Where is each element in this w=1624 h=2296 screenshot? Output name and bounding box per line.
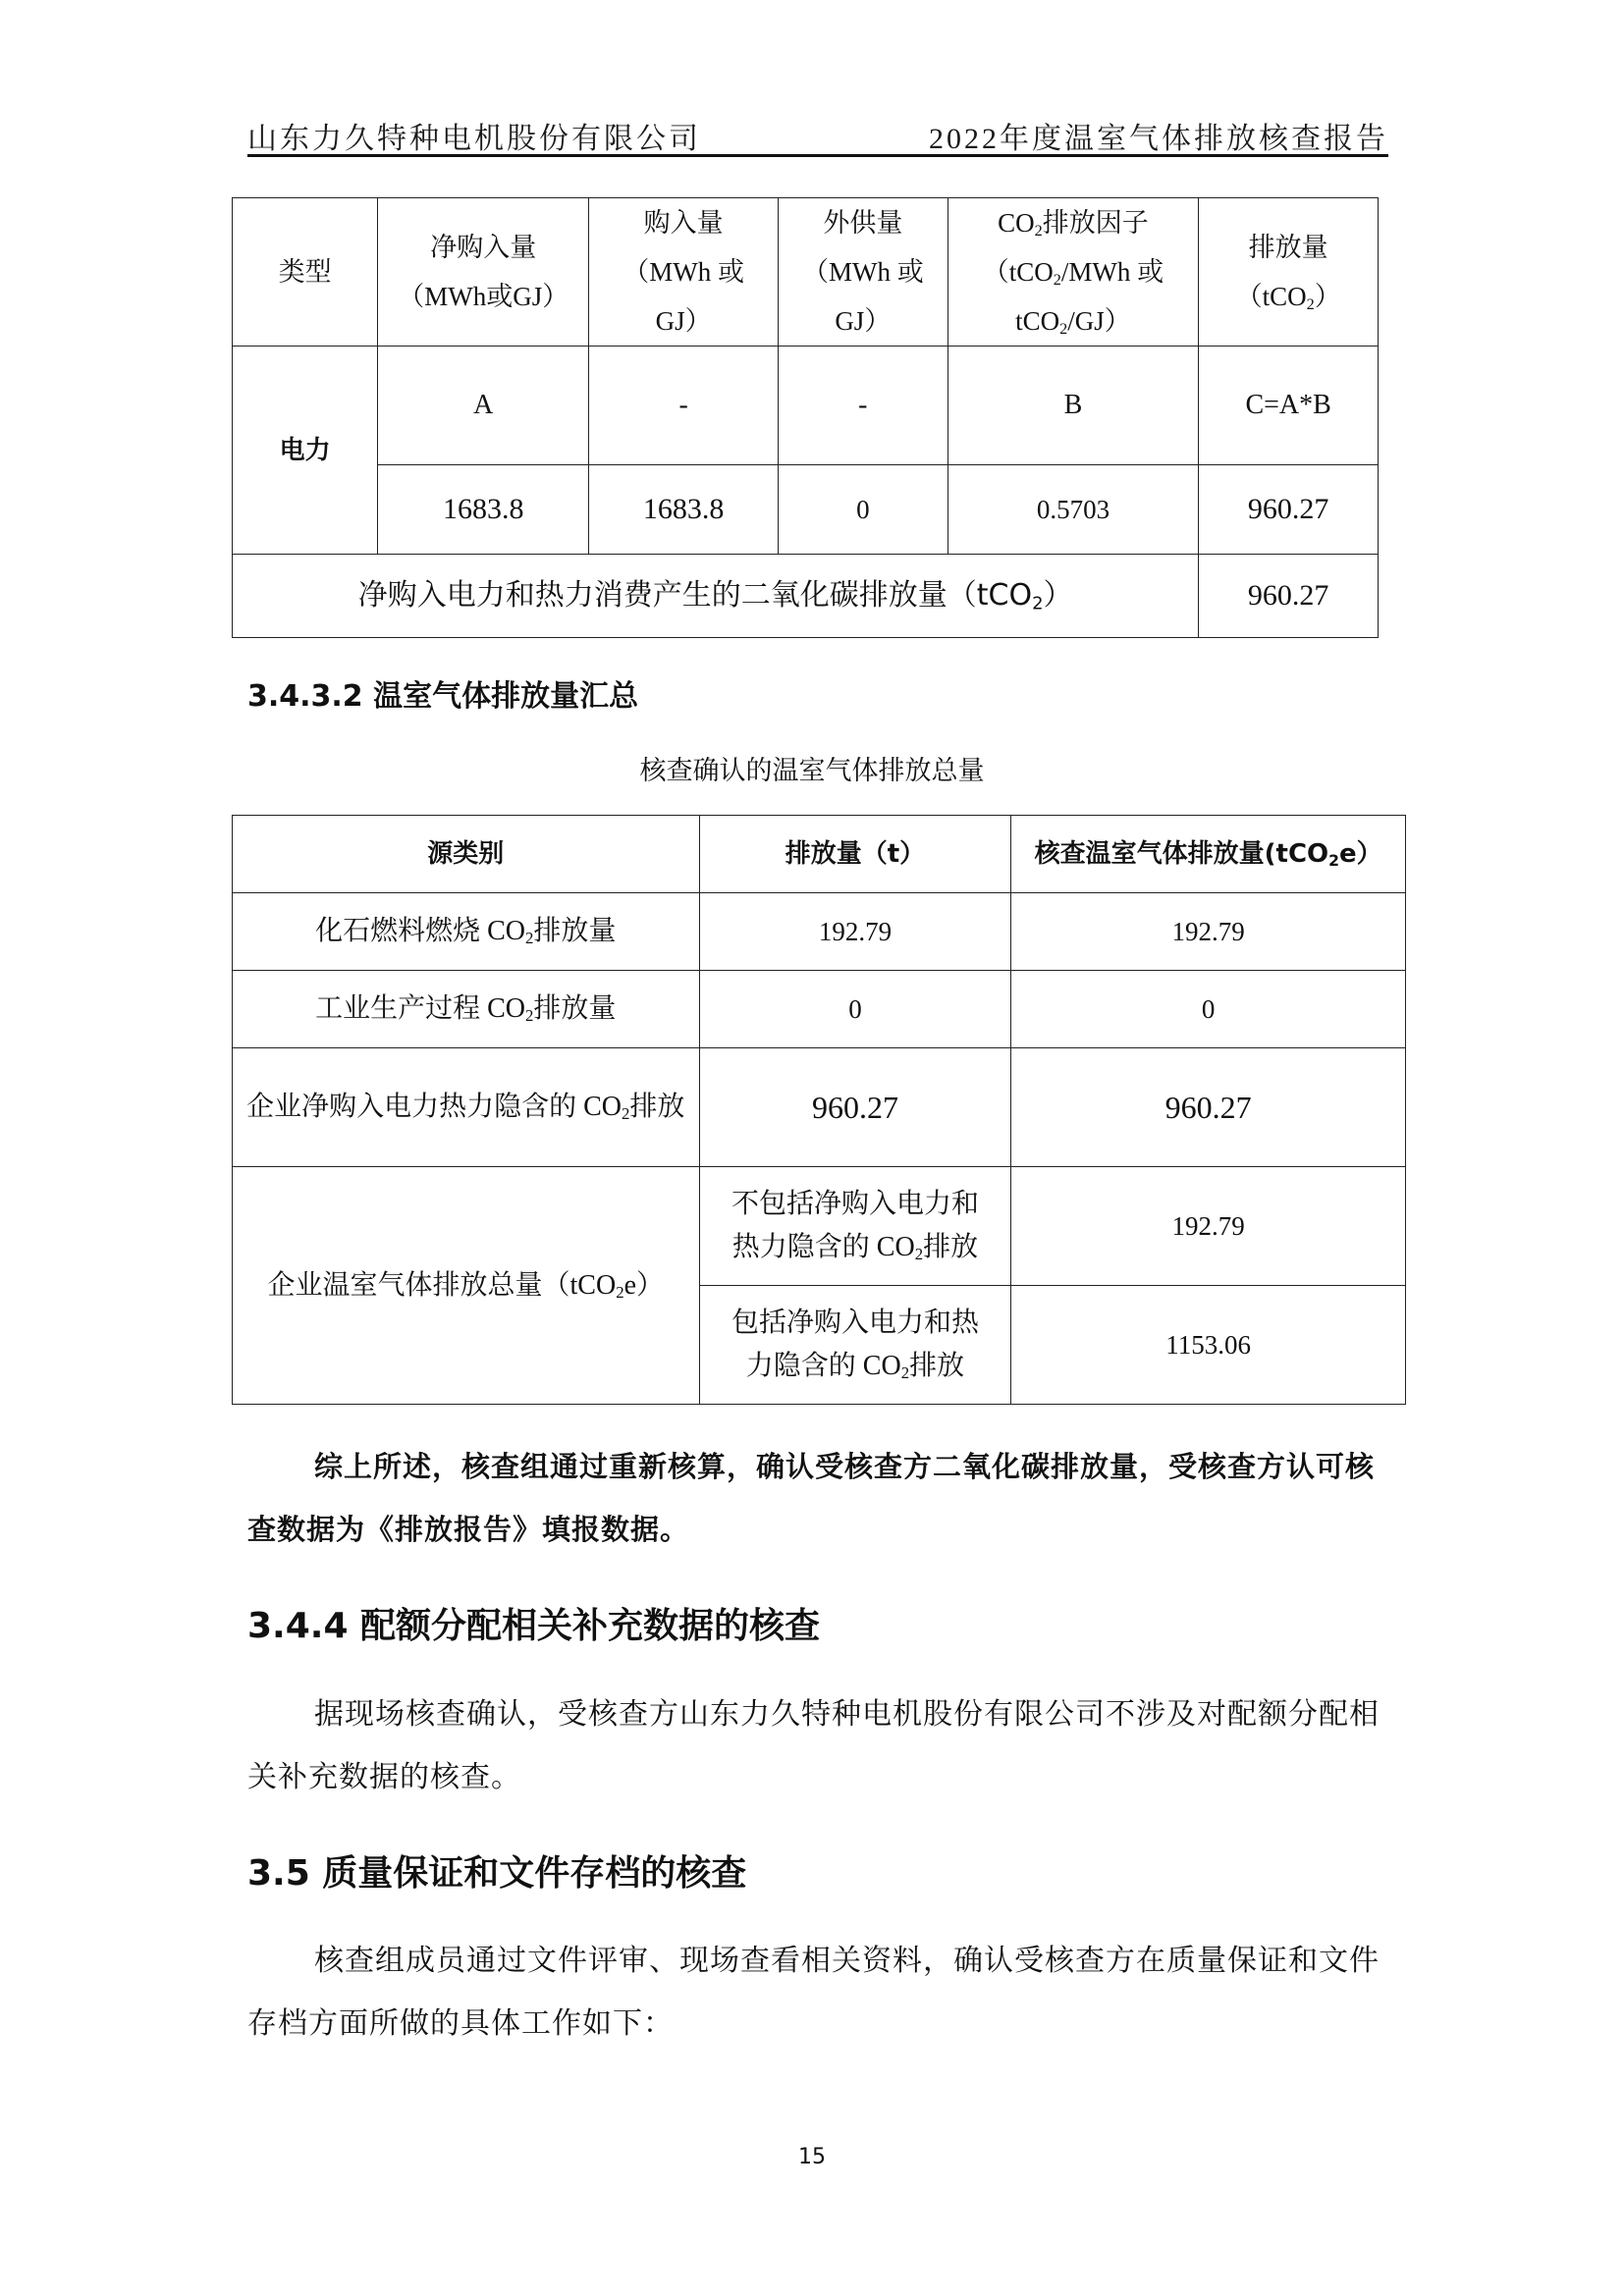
header-net-purchase: 净购入量（MWh或GJ） [378,198,589,347]
verified-value: 960.27 [1011,1048,1406,1167]
including-label: 包括净购入电力和热力隐含的 CO2排放 [699,1286,1011,1405]
cell: A [378,347,589,465]
section-heading-35: 3.5 质量保证和文件存档的核查 [247,1845,746,1896]
source-label: 企业净购入电力热力隐含的 CO2排放 [233,1048,700,1167]
excluding-label: 不包括净购入电力和热力隐含的 CO2排放 [699,1167,1011,1286]
table-header-row: 类型 净购入量（MWh或GJ） 购入量（MWh 或GJ） 外供量（MWh 或GJ… [233,198,1379,347]
cell: B [947,347,1199,465]
cell: 0.5703 [947,465,1199,555]
header-report-title: 2022年度温室气体排放核查报告 [929,114,1388,157]
emission-value: 960.27 [699,1048,1011,1167]
table-row: 化石燃料燃烧 CO2排放量 192.79 192.79 [233,893,1406,971]
header-supply: 外供量（MWh 或GJ） [779,198,948,347]
table-row: 电力 A - - B C=A*B [233,347,1379,465]
cell: 0 [779,465,948,555]
table-row: 企业净购入电力热力隐含的 CO2排放 960.27 960.27 [233,1048,1406,1167]
page-header: 山东力久特种电机股份有限公司 2022年度温室气体排放核查报告 [247,114,1388,157]
cell: 1683.8 [589,465,779,555]
section-heading-344: 3.4.4 配额分配相关补充数据的核查 [247,1598,820,1648]
total-emissions-table: 源类别 排放量（t） 核查温室气体排放量(tCO2e） 化石燃料燃烧 CO2排放… [232,815,1406,1405]
row-label-electricity: 电力 [233,347,378,555]
total-label: 企业温室气体排放总量（tCO2e） [233,1167,700,1405]
cell: C=A*B [1199,347,1379,465]
header-emission: 排放量（t） [699,816,1011,893]
including-value: 1153.06 [1011,1286,1406,1405]
section-heading-3432: 3.4.3.2 温室气体排放量汇总 [247,671,638,715]
table-sum-row: 净购入电力和热力消费产生的二氧化碳排放量（tCO2） 960.27 [233,555,1379,638]
sum-label: 净购入电力和热力消费产生的二氧化碳排放量（tCO2） [233,555,1199,638]
emission-value: 192.79 [699,893,1011,971]
source-label: 工业生产过程 CO2排放量 [233,971,700,1048]
page-number: 15 [0,2145,1624,2169]
header-purchase: 购入量（MWh 或GJ） [589,198,779,347]
emission-value: 0 [699,971,1011,1048]
table-row: 工业生产过程 CO2排放量 0 0 [233,971,1406,1048]
table-header-row: 源类别 排放量（t） 核查温室气体排放量(tCO2e） [233,816,1406,893]
header-emission-factor: CO2排放因子（tCO2/MWh 或tCO2/GJ） [947,198,1199,347]
header-divider [247,154,1388,157]
cell: - [779,347,948,465]
cell: - [589,347,779,465]
verified-value: 0 [1011,971,1406,1048]
section-35-paragraph: 核查组成员通过文件评审、现场查看相关资料，确认受核查方在质量保证和文件存档方面所… [247,1930,1388,2056]
header-type: 类型 [233,198,378,347]
summary-paragraph: 综上所述，核查组通过重新核算，确认受核查方二氧化碳排放量，受核查方认可核查数据为… [247,1435,1388,1561]
purchased-electricity-table: 类型 净购入量（MWh或GJ） 购入量（MWh 或GJ） 外供量（MWh 或GJ… [232,197,1379,638]
table-row: 1683.8 1683.8 0 0.5703 960.27 [233,465,1379,555]
source-label: 化石燃料燃烧 CO2排放量 [233,893,700,971]
table-row: 企业温室气体排放总量（tCO2e） 不包括净购入电力和热力隐含的 CO2排放 1… [233,1167,1406,1286]
excluding-value: 192.79 [1011,1167,1406,1286]
sum-value: 960.27 [1199,555,1379,638]
header-company: 山东力久特种电机股份有限公司 [247,114,701,157]
verified-value: 192.79 [1011,893,1406,971]
table-caption: 核查确认的温室气体排放总量 [0,749,1624,787]
cell: 960.27 [1199,465,1379,555]
section-344-paragraph: 据现场核查确认，受核查方山东力久特种电机股份有限公司不涉及对配额分配相关补充数据… [247,1683,1388,1809]
header-verified: 核查温室气体排放量(tCO2e） [1011,816,1406,893]
header-emission: 排放量（tCO2） [1199,198,1379,347]
header-source: 源类别 [233,816,700,893]
cell: 1683.8 [378,465,589,555]
